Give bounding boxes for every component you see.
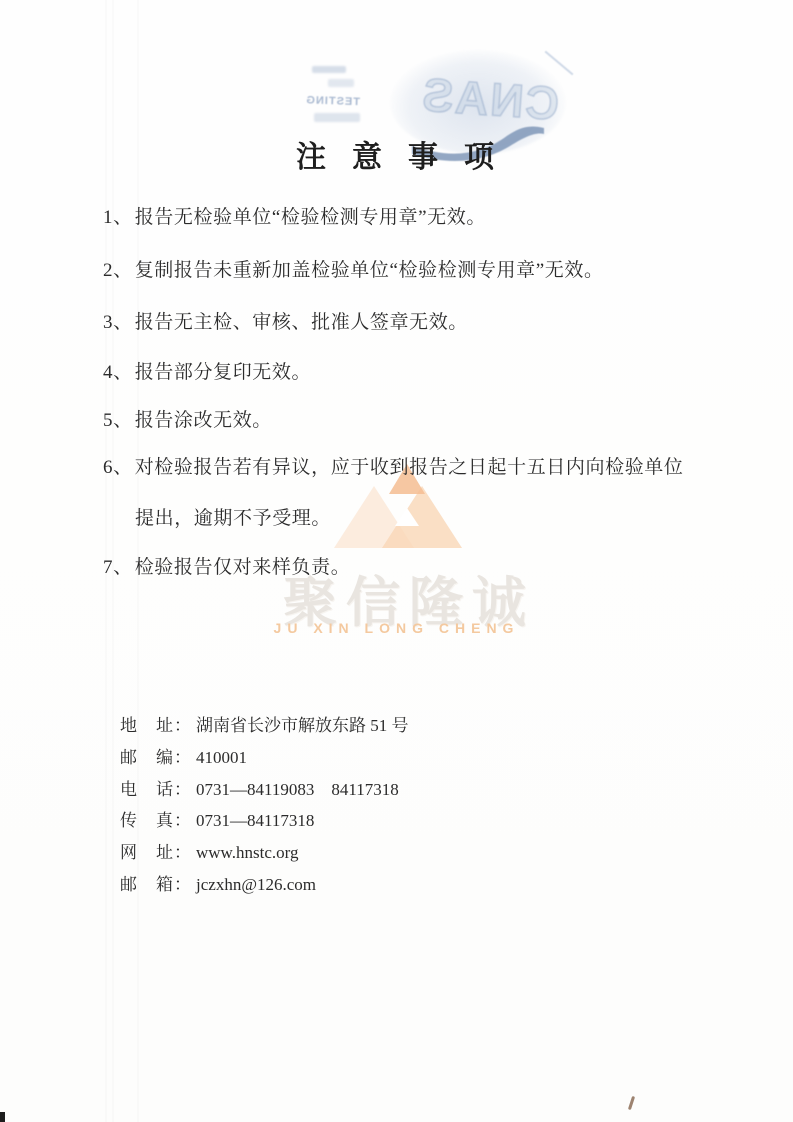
notice-item-2: 2、复制报告未重新加盖检验单位“检验检测专用章”无效。 [103, 255, 604, 282]
watermark-latin-text: JU XIN LONG CHENG [0, 620, 793, 636]
item-text: 报告无主检、审核、批准人签章无效。 [135, 312, 468, 333]
notice-item-5: 5、报告涂改无效。 [103, 405, 272, 432]
contact-label: 邮 箱： [120, 875, 192, 894]
item-number: 6、 [103, 457, 133, 478]
stamp-smudge [328, 79, 354, 87]
stamp-testing-text: TESTING [290, 94, 360, 108]
cnas-logo-text: CNAS [419, 71, 560, 127]
item-number: 3、 [103, 312, 133, 333]
notice-item-4: 4、报告部分复印无效。 [103, 357, 311, 384]
stamp-small-text-column: TESTING [290, 60, 360, 128]
item-text: 报告无检验单位“检验检测专用章”无效。 [135, 207, 486, 228]
contact-value: jczxhn@126.com [196, 875, 316, 894]
item-text: 复制报告未重新加盖检验单位“检验检测专用章”无效。 [135, 260, 604, 281]
item-text: 检验报告仅对来样负责。 [135, 557, 351, 578]
notice-item-7: 7、检验报告仅对来样负责。 [103, 552, 350, 579]
page-title: 注意事项 [296, 132, 520, 176]
item-text: 对检验报告若有异议，应于收到报告之日起十五日内向检验单位 [135, 457, 684, 478]
scan-speck [628, 1096, 635, 1110]
notice-item-1: 1、报告无检验单位“检验检测专用章”无效。 [103, 202, 486, 229]
item-number: 2、 [103, 260, 133, 281]
notice-item-3: 3、报告无主检、审核、批准人签章无效。 [103, 307, 468, 334]
notice-item-6: 6、对检验报告若有异议，应于收到报告之日起十五日内向检验单位 [103, 452, 684, 479]
item-text: 提出，逾期不予受理。 [135, 508, 331, 529]
item-text: 报告部分复印无效。 [135, 362, 311, 383]
document-page: CNAS TESTING 注意事项 1、报告无检验单位“检验检测专用章”无效。 … [0, 0, 793, 1122]
item-text: 报告涂改无效。 [135, 410, 272, 431]
item-number: 7、 [103, 557, 133, 578]
contact-row-email: 邮 箱：jczxhn@126.com [103, 850, 316, 915]
stamp-smudge [312, 66, 346, 73]
item-number: 1、 [103, 207, 133, 228]
item-number: 5、 [103, 410, 133, 431]
scan-corner-mark [0, 1112, 5, 1122]
notice-item-6-line2: 提出，逾期不予受理。 [135, 503, 331, 530]
stamp-smudge [314, 113, 360, 122]
item-number: 4、 [103, 362, 133, 383]
